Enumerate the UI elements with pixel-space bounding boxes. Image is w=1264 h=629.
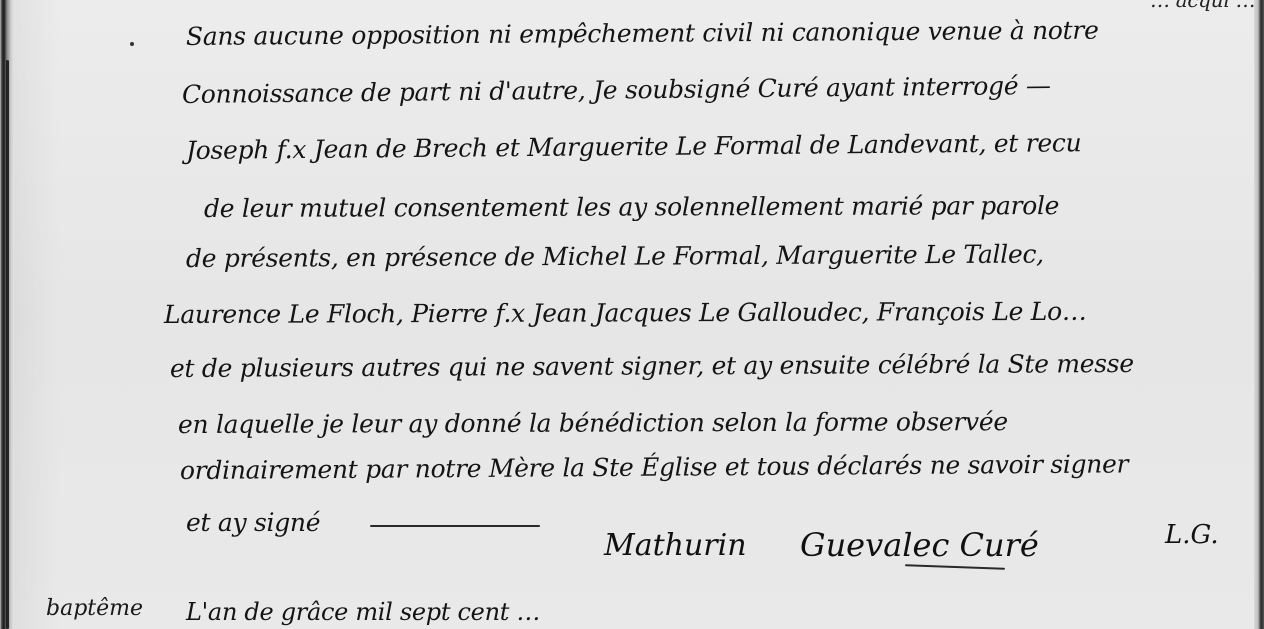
witness-signature: Mathurin xyxy=(604,528,747,563)
record-line-6: Laurence Le Floch, Pierre f.x Jean Jacqu… xyxy=(164,297,1087,329)
next-entry-start: L'an de grâce mil sept cent … xyxy=(186,598,540,626)
binding-shadow xyxy=(6,60,9,629)
signature-underline xyxy=(905,564,1005,569)
margin-ink-dot xyxy=(130,42,134,46)
priest-signature: Guevalec Curé xyxy=(800,526,1039,564)
register-page: … acqui … Sans aucune opposition ni empê… xyxy=(0,0,1264,629)
priest-paraph: L.G. xyxy=(1165,520,1219,550)
record-line-2: Connoissance de part ni d'autre, Je soub… xyxy=(182,71,1051,109)
page-right-edge xyxy=(1254,0,1264,629)
previous-line-fragment: … acqui … xyxy=(1150,0,1255,12)
record-line-4: de leur mutuel consentement les ay solen… xyxy=(204,191,1059,223)
record-line-3: Joseph f.x Jean de Brech et Marguerite L… xyxy=(186,128,1082,165)
margin-note-bapteme: baptême xyxy=(46,596,143,621)
record-line-9: ordinairement par notre Mère la Ste Égli… xyxy=(180,449,1128,485)
line-filler-rule xyxy=(370,525,540,527)
record-line-7: et de plusieurs autres qui ne savent sig… xyxy=(170,349,1134,383)
record-line-10: et ay signé xyxy=(186,508,320,537)
record-line-8: en laquelle je leur ay donné la bénédict… xyxy=(178,407,1008,439)
record-line-1: Sans aucune opposition ni empêchement ci… xyxy=(186,16,1099,51)
record-line-5: de présents, en présence de Michel Le Fo… xyxy=(186,240,1044,273)
